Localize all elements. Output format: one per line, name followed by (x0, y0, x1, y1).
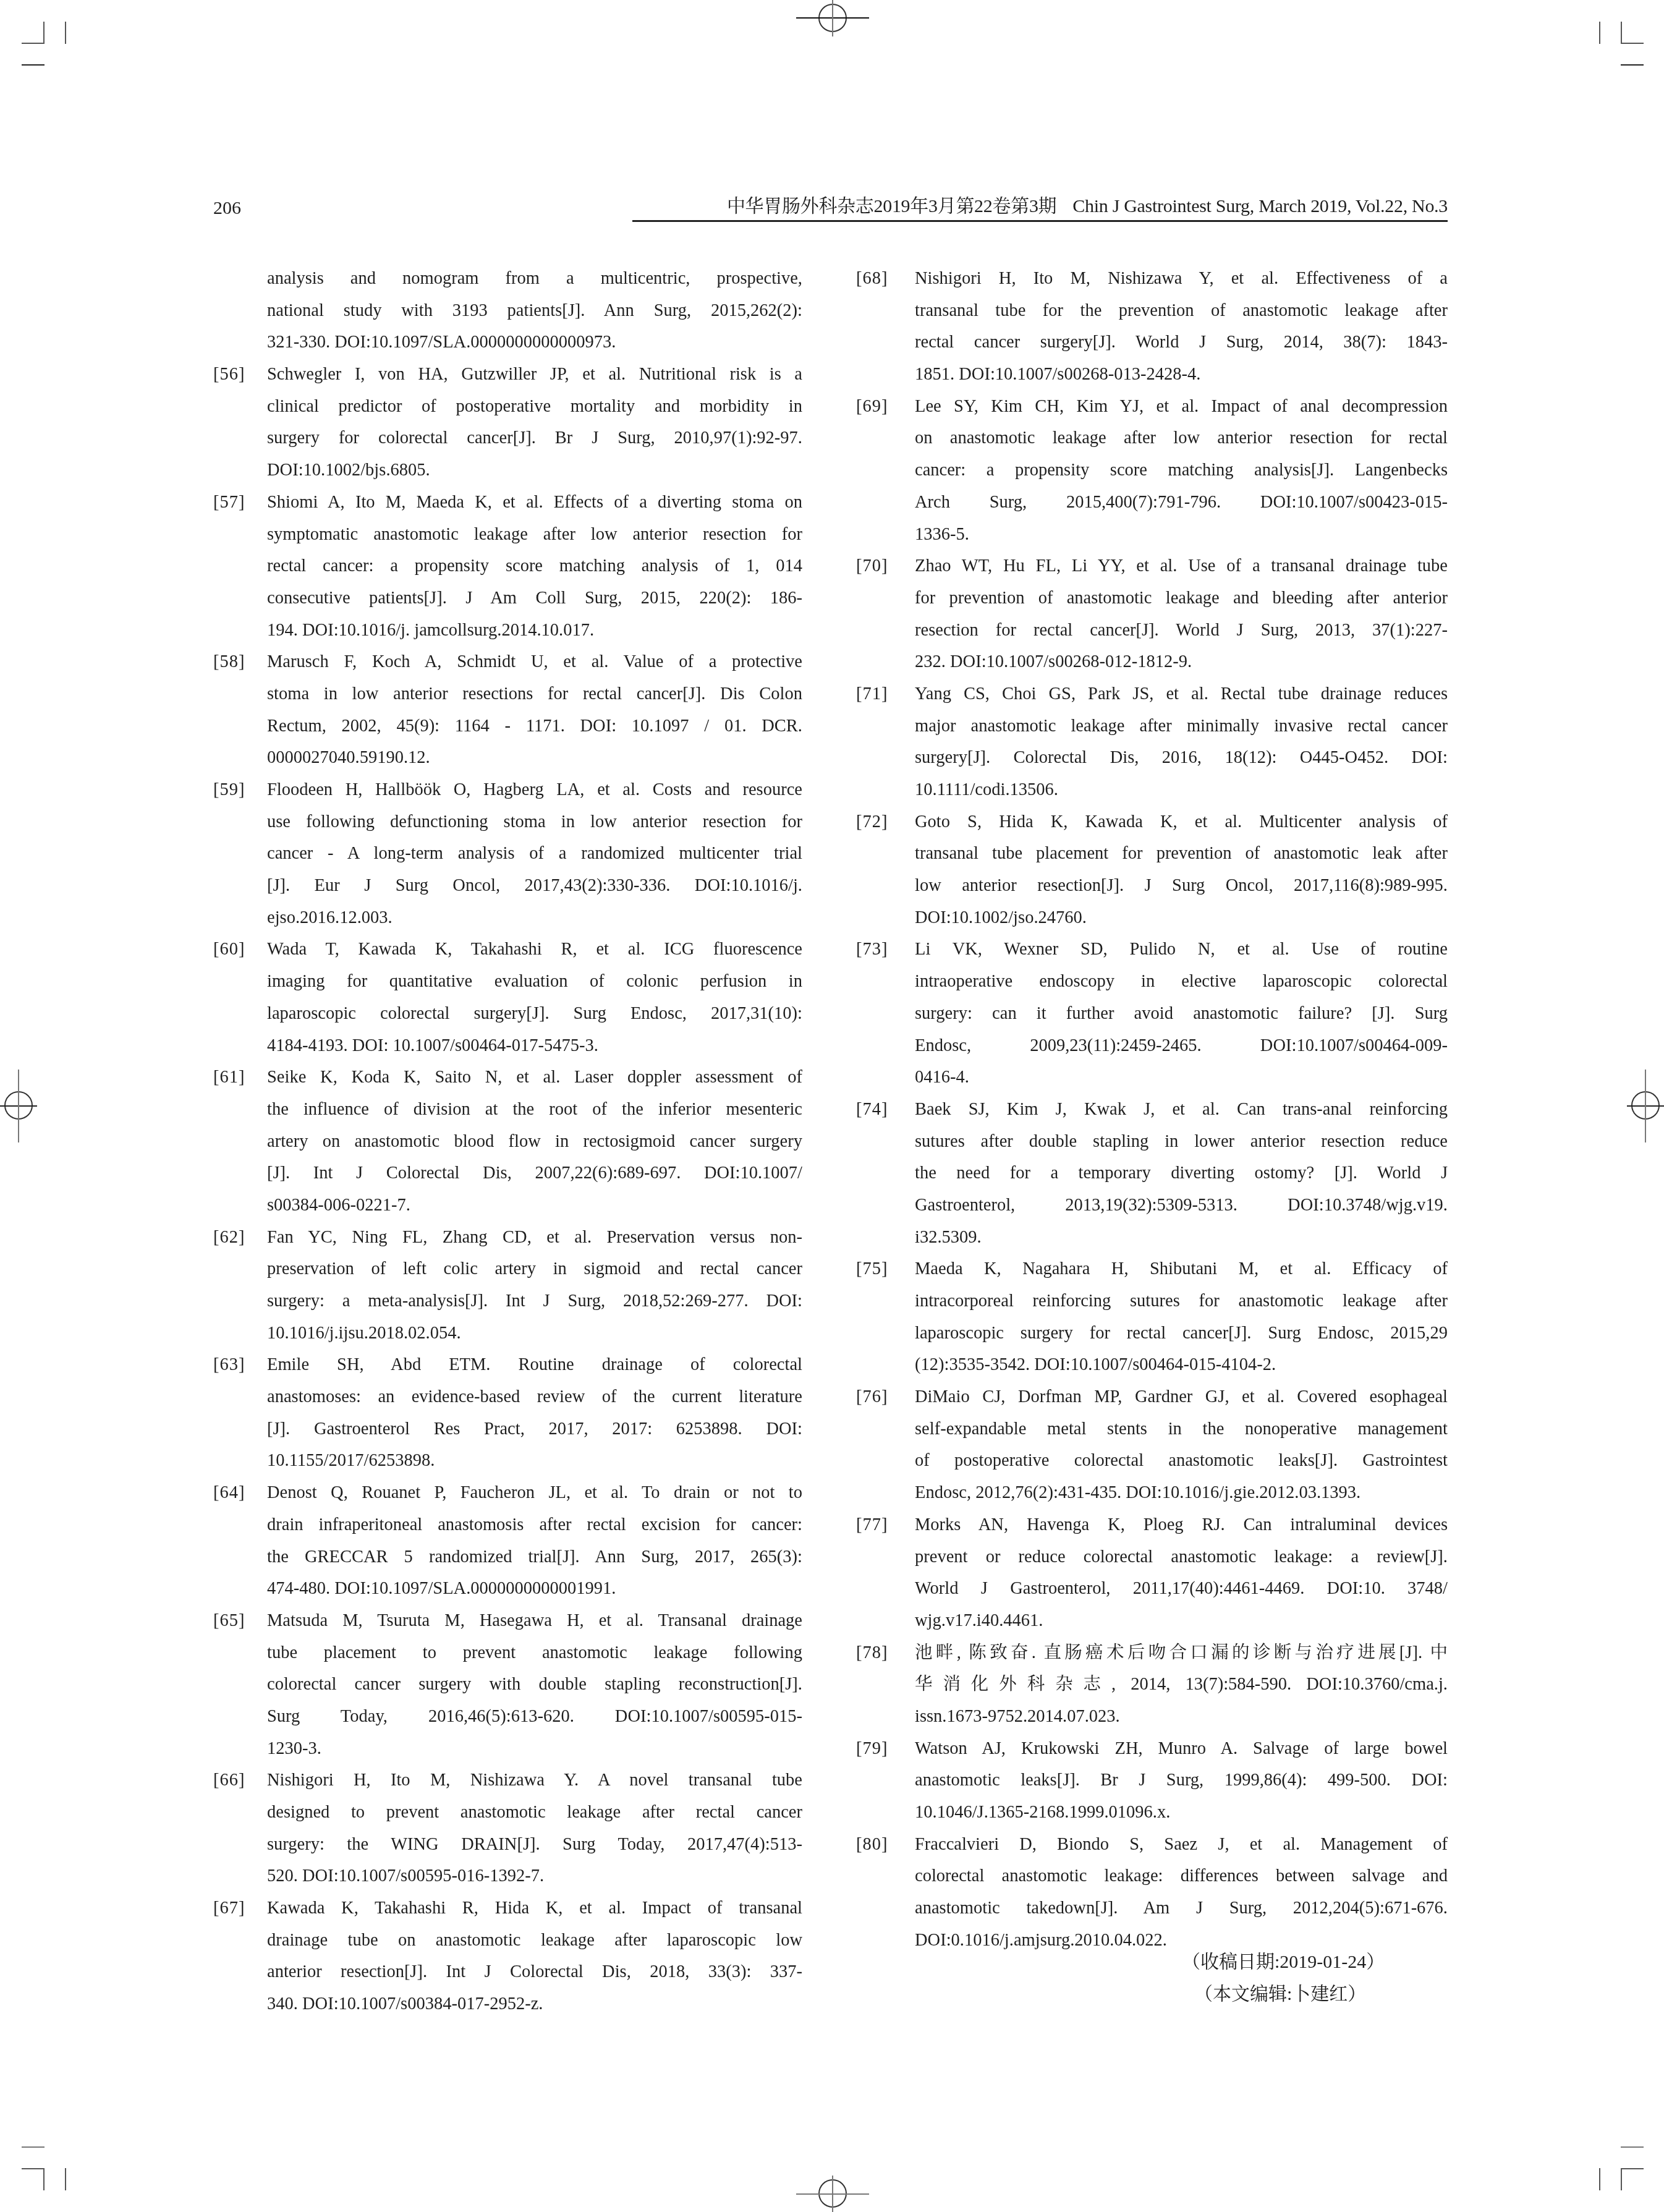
reference-line-text: Goto S, Hida K, Kawada K, et al. Multice… (915, 806, 1448, 838)
reference-line-text: preservation of left colic artery in sig… (267, 1253, 802, 1285)
reference-entry: [60]Wada T, Kawada K, Takahashi R, et al… (213, 934, 802, 1061)
reference-line-text: 194. DOI:10.1016/j. jamcollsurg.2014.10.… (267, 615, 802, 647)
reference-line: Gastroenterol, 2013,19(32):5309-5313. DO… (915, 1189, 1448, 1222)
reference-line-text: Floodeen H, Hallböök O, Hagberg LA, et a… (267, 774, 802, 806)
reference-line: cancer - A long-term analysis of a rando… (267, 838, 802, 870)
reference-entry: [70]Zhao WT, Hu FL, Li YY, et al. Use of… (856, 550, 1448, 678)
reference-line: 232. DOI:10.1007/s00268-012-1812-9. (915, 646, 1448, 678)
reference-line: Wada T, Kawada K, Takahashi R, et al. IC… (267, 934, 802, 966)
reference-line: stoma in low anterior resections for rec… (267, 678, 802, 710)
reference-entry: [62]Fan YC, Ning FL, Zhang CD, et al. Pr… (213, 1222, 802, 1350)
reference-line: wjg.v17.i40.4461. (915, 1605, 1448, 1637)
reference-line: DOI:10.1002/bjs.6805. (267, 454, 802, 487)
reference-line-text: intracorporeal reinforcing sutures for a… (915, 1285, 1448, 1317)
reference-line: Fan YC, Ning FL, Zhang CD, et al. Preser… (267, 1222, 802, 1254)
reference-entry: [68]Nishigori H, Ito M, Nishizawa Y, et … (856, 263, 1448, 391)
reference-line-text: drain infraperitoneal anastomosis after … (267, 1509, 802, 1541)
crop-mark-br (1621, 2146, 1644, 2148)
reference-line: surgery[J]. Colorectal Dis, 2016, 18(12)… (915, 742, 1448, 774)
reference-entry: [64]Denost Q, Rouanet P, Faucheron JL, e… (213, 1477, 802, 1605)
reference-line: surgery for colorectal cancer[J]. Br J S… (267, 422, 802, 454)
reference-line: Li VK, Wexner SD, Pulido N, et al. Use o… (915, 934, 1448, 966)
reference-line: 520. DOI:10.1007/s00595-016-1392-7. (267, 1860, 802, 1892)
reference-line-text: surgery: can it further avoid anastomoti… (915, 998, 1448, 1030)
reference-line-text: prevent or reduce colorectal anastomotic… (915, 1541, 1448, 1573)
reference-line: Floodeen H, Hallböök O, Hagberg LA, et a… (267, 774, 802, 806)
reference-line: 10.1155/2017/6253898. (267, 1445, 802, 1477)
reference-number: [56] (213, 359, 245, 391)
reference-line: 0000027040.59190.12. (267, 742, 802, 774)
reference-line-text: 232. DOI:10.1007/s00268-012-1812-9. (915, 646, 1448, 678)
reference-line: 10.1016/j.ijsu.2018.02.054. (267, 1317, 802, 1350)
reference-line-text: clinical predictor of postoperative mort… (267, 391, 802, 423)
reference-line-text: use following defunctioning stoma in low… (267, 806, 802, 838)
reference-line: 池畔, 陈致奋. 直肠癌术后吻合口漏的诊断与治疗进展[J]. 中 (915, 1637, 1448, 1669)
reference-line-text: Emile SH, Abd ETM. Routine drainage of c… (267, 1349, 802, 1381)
registration-mark-bottom (832, 2176, 833, 2212)
reference-line: 1851. DOI:10.1007/s00268-013-2428-4. (915, 359, 1448, 391)
reference-line: colorectal anastomotic leakage: differen… (915, 1860, 1448, 1892)
reference-line: Yang CS, Choi GS, Park JS, et al. Rectal… (915, 678, 1448, 710)
reference-number: [70] (856, 550, 888, 582)
reference-line: [J]. Int J Colorectal Dis, 2007,22(6):68… (267, 1157, 802, 1189)
reference-number: [79] (856, 1733, 888, 1765)
received-date: （收稿日期:2019-01-24） (1182, 1946, 1385, 1978)
reference-line-text: Watson AJ, Krukowski ZH, Munro A. Salvag… (915, 1733, 1448, 1765)
reference-line: rectal cancer surgery[J]. World J Surg, … (915, 326, 1448, 359)
reference-line-text: tube placement to prevent anastomotic le… (267, 1637, 802, 1669)
reference-entry: [59]Floodeen H, Hallböök O, Hagberg LA, … (213, 774, 802, 934)
registration-mark-top (832, 0, 833, 36)
reference-line-text: Surg Today, 2016,46(5):613-620. DOI:10.1… (267, 1701, 802, 1733)
reference-line: imaging for quantitative evaluation of c… (267, 966, 802, 998)
crop-mark-tl (43, 22, 45, 44)
reference-line: Goto S, Hida K, Kawada K, et al. Multice… (915, 806, 1448, 838)
reference-line-text: analysis and nomogram from a multicentri… (267, 263, 802, 295)
reference-line-text: of postoperative colorectal anastomotic … (915, 1445, 1448, 1477)
reference-line-text: 1336-5. (915, 519, 1448, 551)
crop-mark-bl (22, 2168, 45, 2169)
reference-line-text: 1230-3. (267, 1733, 802, 1765)
reference-entry: [57]Shiomi A, Ito M, Maeda K, et al. Eff… (213, 487, 802, 646)
reference-line: intraoperative endoscopy in elective lap… (915, 966, 1448, 998)
reference-line: preservation of left colic artery in sig… (267, 1253, 802, 1285)
reference-line-text: the need for a temporary diverting ostom… (915, 1157, 1448, 1189)
reference-entry: [75]Maeda K, Nagahara H, Shibutani M, et… (856, 1253, 1448, 1381)
reference-line-text: anastomotic leaks[J]. Br J Surg, 1999,86… (915, 1764, 1448, 1797)
reference-line: issn.1673-9752.2014.07.023. (915, 1701, 1448, 1733)
reference-line-text: consecutive patients[J]. J Am Coll Surg,… (267, 582, 802, 615)
reference-line-text: laparoscopic colorectal surgery[J]. Surg… (267, 998, 802, 1030)
reference-number: [57] (213, 487, 245, 519)
page-number: 206 (213, 198, 241, 219)
reference-line: Arch Surg, 2015,400(7):791-796. DOI:10.1… (915, 487, 1448, 519)
reference-number: [80] (856, 1829, 888, 1861)
reference-line: use following defunctioning stoma in low… (267, 806, 802, 838)
reference-line: 321-330. DOI:10.1097/SLA.000000000000097… (267, 326, 802, 359)
reference-line: prevent or reduce colorectal anastomotic… (915, 1541, 1448, 1573)
reference-line-text: DOI:10.1002/jso.24760. (915, 902, 1448, 934)
reference-line: Kawada K, Takahashi R, Hida K, et al. Im… (267, 1892, 802, 1925)
reference-line: surgery: the WING DRAIN[J]. Surg Today, … (267, 1829, 802, 1861)
crop-mark-tl (22, 64, 45, 66)
reference-line-text: issn.1673-9752.2014.07.023. (915, 1701, 1448, 1733)
crop-mark-br (1621, 2168, 1644, 2169)
reference-line-text: colorectal cancer surgery with double st… (267, 1669, 802, 1701)
reference-line-text: Endosc, 2012,76(2):431-435. DOI:10.1016/… (915, 1477, 1448, 1509)
reference-line: Rectum, 2002, 45(9): 1164 - 1171. DOI: 1… (267, 710, 802, 742)
reference-line-text: (12):3535-3542. DOI:10.1007/s00464-015-4… (915, 1349, 1448, 1381)
reference-line: Surg Today, 2016,46(5):613-620. DOI:10.1… (267, 1701, 802, 1733)
reference-number: [78] (856, 1637, 888, 1669)
reference-line-text: symptomatic anastomotic leakage after lo… (267, 519, 802, 551)
reference-line-text: surgery: a meta-analysis[J]. Int J Surg,… (267, 1285, 802, 1317)
reference-line-text: national study with 3193 patients[J]. An… (267, 295, 802, 327)
reference-line: Morks AN, Havenga K, Ploeg RJ. Can intra… (915, 1509, 1448, 1541)
reference-number: [67] (213, 1892, 245, 1925)
reference-line-text: Yang CS, Choi GS, Park JS, et al. Rectal… (915, 678, 1448, 710)
reference-line-text: Baek SJ, Kim J, Kwak J, et al. Can trans… (915, 1094, 1448, 1126)
reference-line: consecutive patients[J]. J Am Coll Surg,… (267, 582, 802, 615)
reference-number: [63] (213, 1349, 245, 1381)
reference-line: Nishigori H, Ito M, Nishizawa Y, et al. … (915, 263, 1448, 295)
reference-entry: [71]Yang CS, Choi GS, Park JS, et al. Re… (856, 678, 1448, 806)
reference-line-text: anastomoses: an evidence-based review of… (267, 1381, 802, 1413)
reference-line-text: wjg.v17.i40.4461. (915, 1605, 1448, 1637)
reference-line: surgery: can it further avoid anastomoti… (915, 998, 1448, 1030)
references-right-column: [68]Nishigori H, Ito M, Nishizawa Y, et … (856, 263, 1448, 1956)
reference-line: Denost Q, Rouanet P, Faucheron JL, et al… (267, 1477, 802, 1509)
reference-number: [62] (213, 1222, 245, 1254)
crop-mark-tr (1621, 43, 1644, 44)
crop-mark-tr (1621, 64, 1644, 66)
reference-line-text: 华消化外科杂志, 2014, 13(7):584-590. DOI:10.376… (915, 1669, 1448, 1701)
reference-line: 华消化外科杂志, 2014, 13(7):584-590. DOI:10.376… (915, 1669, 1448, 1701)
reference-line-text: 4184-4193. DOI: 10.1007/s00464-017-5475-… (267, 1030, 802, 1062)
reference-number: [74] (856, 1094, 888, 1126)
reference-line-text: Wada T, Kawada K, Takahashi R, et al. IC… (267, 934, 802, 966)
reference-line-text: anastomotic takedown[J]. Am J Surg, 2012… (915, 1892, 1448, 1925)
reference-line: s00384-006-0221-7. (267, 1189, 802, 1222)
reference-line: Fraccalvieri D, Biondo S, Saez J, et al.… (915, 1829, 1448, 1861)
reference-line: 194. DOI:10.1016/j. jamcollsurg.2014.10.… (267, 615, 802, 647)
reference-line-text: anterior resection[J]. Int J Colorectal … (267, 1956, 802, 1988)
reference-line: i32.5309. (915, 1222, 1448, 1254)
reference-line-text: stoma in low anterior resections for rec… (267, 678, 802, 710)
reference-line: the influence of division at the root of… (267, 1094, 802, 1126)
reference-line-text: surgery[J]. Colorectal Dis, 2016, 18(12)… (915, 742, 1448, 774)
reference-line: self-expandable metal stents in the nono… (915, 1413, 1448, 1445)
header-rule (632, 220, 1448, 222)
reference-line-text: [J]. Gastroenterol Res Pract, 2017, 2017… (267, 1413, 802, 1445)
reference-line-text: Li VK, Wexner SD, Pulido N, et al. Use o… (915, 934, 1448, 966)
reference-line: resection for rectal cancer[J]. World J … (915, 615, 1448, 647)
reference-line: Seike K, Koda K, Saito N, et al. Laser d… (267, 1061, 802, 1094)
reference-line-text: cancer: a propensity score matching anal… (915, 454, 1448, 487)
reference-number: [64] (213, 1477, 245, 1509)
reference-line-text: Schwegler I, von HA, Gutzwiller JP, et a… (267, 359, 802, 391)
reference-number: [73] (856, 934, 888, 966)
reference-line-text: major anastomotic leakage after minimall… (915, 710, 1448, 742)
reference-line: 1336-5. (915, 519, 1448, 551)
reference-line-text: laparoscopic surgery for rectal cancer[J… (915, 1317, 1448, 1350)
reference-line: anastomotic takedown[J]. Am J Surg, 2012… (915, 1892, 1448, 1925)
reference-line-text: Marusch F, Koch A, Schmidt U, et al. Val… (267, 646, 802, 678)
reference-line-text: surgery: the WING DRAIN[J]. Surg Today, … (267, 1829, 802, 1861)
reference-entry: [63]Emile SH, Abd ETM. Routine drainage … (213, 1349, 802, 1477)
reference-line-text: 0000027040.59190.12. (267, 742, 802, 774)
reference-line: laparoscopic colorectal surgery[J]. Surg… (267, 998, 802, 1030)
reference-line-text: transanal tube placement for prevention … (915, 838, 1448, 870)
reference-line-text: 340. DOI:10.1007/s00384-017-2952-z. (267, 1988, 802, 2020)
reference-line-text: resection for rectal cancer[J]. World J … (915, 615, 1448, 647)
reference-line-text: ejso.2016.12.003. (267, 902, 802, 934)
reference-line-text: the influence of division at the root of… (267, 1094, 802, 1126)
registration-mark-right (1645, 1070, 1646, 1142)
reference-line-text: [J]. Eur J Surg Oncol, 2017,43(2):330-33… (267, 870, 802, 902)
reference-line: 10.1111/codi.13506. (915, 774, 1448, 806)
reference-line: rectal cancer: a propensity score matchi… (267, 550, 802, 582)
reference-line: Shiomi A, Ito M, Maeda K, et al. Effects… (267, 487, 802, 519)
reference-line: surgery: a meta-analysis[J]. Int J Surg,… (267, 1285, 802, 1317)
reference-line-text: self-expandable metal stents in the nono… (915, 1413, 1448, 1445)
reference-line: the need for a temporary diverting ostom… (915, 1157, 1448, 1189)
reference-line-text: imaging for quantitative evaluation of c… (267, 966, 802, 998)
reference-line-text: the GRECCAR 5 randomized trial[J]. Ann S… (267, 1541, 802, 1573)
crop-mark-tl (22, 43, 45, 44)
reference-line: clinical predictor of postoperative mort… (267, 391, 802, 423)
editor-note: （本文编辑:卜建红） (1194, 1978, 1366, 2010)
reference-line-text: 10.1016/j.ijsu.2018.02.054. (267, 1317, 802, 1350)
reference-line-text: 10.1046/J.1365-2168.1999.01096.x. (915, 1797, 1448, 1829)
reference-line: anastomoses: an evidence-based review of… (267, 1381, 802, 1413)
crop-mark-bl (65, 2168, 66, 2190)
reference-line: symptomatic anastomotic leakage after lo… (267, 519, 802, 551)
reference-number: [76] (856, 1381, 888, 1413)
reference-entry: [72]Goto S, Hida K, Kawada K, et al. Mul… (856, 806, 1448, 934)
reference-line: 474-480. DOI:10.1097/SLA.000000000000199… (267, 1573, 802, 1605)
reference-line: Maeda K, Nagahara H, Shibutani M, et al.… (915, 1253, 1448, 1285)
reference-line: 4184-4193. DOI: 10.1007/s00464-017-5475-… (267, 1030, 802, 1062)
reference-line: ejso.2016.12.003. (267, 902, 802, 934)
reference-line-text: Fan YC, Ning FL, Zhang CD, et al. Preser… (267, 1222, 802, 1254)
reference-line: laparoscopic surgery for rectal cancer[J… (915, 1317, 1448, 1350)
reference-line: major anastomotic leakage after minimall… (915, 710, 1448, 742)
reference-line-text: Arch Surg, 2015,400(7):791-796. DOI:10.1… (915, 487, 1448, 519)
reference-line: Emile SH, Abd ETM. Routine drainage of c… (267, 1349, 802, 1381)
reference-number: [72] (856, 806, 888, 838)
crop-mark-bl (43, 2168, 45, 2190)
reference-line-text: Fraccalvieri D, Biondo S, Saez J, et al.… (915, 1829, 1448, 1861)
reference-line: DiMaio CJ, Dorfman MP, Gardner GJ, et al… (915, 1381, 1448, 1413)
reference-line-text: 10.1111/codi.13506. (915, 774, 1448, 806)
crop-mark-br (1599, 2168, 1600, 2190)
reference-entry: [67]Kawada K, Takahashi R, Hida K, et al… (213, 1892, 802, 2020)
reference-line: sutures after double stapling in lower a… (915, 1126, 1448, 1158)
reference-line: Schwegler I, von HA, Gutzwiller JP, et a… (267, 359, 802, 391)
reference-line: the GRECCAR 5 randomized trial[J]. Ann S… (267, 1541, 802, 1573)
reference-line-text: transanal tube for the prevention of ana… (915, 295, 1448, 327)
reference-line-text: Nishigori H, Ito M, Nishizawa Y. A novel… (267, 1764, 802, 1797)
reference-line-text: Kawada K, Takahashi R, Hida K, et al. Im… (267, 1892, 802, 1925)
reference-line-text: Matsuda M, Tsuruta M, Hasegawa H, et al.… (267, 1605, 802, 1637)
reference-line-text: surgery for colorectal cancer[J]. Br J S… (267, 422, 802, 454)
reference-line: on anastomotic leakage after low anterio… (915, 422, 1448, 454)
reference-line: Matsuda M, Tsuruta M, Hasegawa H, et al.… (267, 1605, 802, 1637)
reference-line: Endosc, 2012,76(2):431-435. DOI:10.1016/… (915, 1477, 1448, 1509)
reference-entry: [78]池畔, 陈致奋. 直肠癌术后吻合口漏的诊断与治疗进展[J]. 中华消化外… (856, 1637, 1448, 1733)
reference-line: national study with 3193 patients[J]. An… (267, 295, 802, 327)
reference-line: drain infraperitoneal anastomosis after … (267, 1509, 802, 1541)
reference-number: [65] (213, 1605, 245, 1637)
reference-entry: [74]Baek SJ, Kim J, Kwak J, et al. Can t… (856, 1094, 1448, 1253)
reference-number: [69] (856, 391, 888, 423)
reference-line-text: i32.5309. (915, 1222, 1448, 1254)
reference-entry: [56]Schwegler I, von HA, Gutzwiller JP, … (213, 359, 802, 487)
reference-line: transanal tube placement for prevention … (915, 838, 1448, 870)
reference-line-text: Nishigori H, Ito M, Nishizawa Y, et al. … (915, 263, 1448, 295)
reference-line: World J Gastroenterol, 2011,17(40):4461-… (915, 1573, 1448, 1605)
reference-line: analysis and nomogram from a multicentri… (267, 263, 802, 295)
reference-line-text: Morks AN, Havenga K, Ploeg RJ. Can intra… (915, 1509, 1448, 1541)
reference-line: Zhao WT, Hu FL, Li YY, et al. Use of a t… (915, 550, 1448, 582)
reference-line: designed to prevent anastomotic leakage … (267, 1797, 802, 1829)
reference-line-text: 520. DOI:10.1007/s00595-016-1392-7. (267, 1860, 802, 1892)
reference-line-text: colorectal anastomotic leakage: differen… (915, 1860, 1448, 1892)
reference-line-text: 10.1155/2017/6253898. (267, 1445, 802, 1477)
reference-line-text: designed to prevent anastomotic leakage … (267, 1797, 802, 1829)
reference-line: Nishigori H, Ito M, Nishizawa Y. A novel… (267, 1764, 802, 1797)
reference-line-text: Seike K, Koda K, Saito N, et al. Laser d… (267, 1061, 802, 1094)
reference-line: tube placement to prevent anastomotic le… (267, 1637, 802, 1669)
reference-line-text: on anastomotic leakage after low anterio… (915, 422, 1448, 454)
reference-line-text: intraoperative endoscopy in elective lap… (915, 966, 1448, 998)
references-left-column: analysis and nomogram from a multicentri… (213, 263, 802, 2020)
reference-line: Watson AJ, Krukowski ZH, Munro A. Salvag… (915, 1733, 1448, 1765)
reference-line-text: 321-330. DOI:10.1097/SLA.000000000000097… (267, 326, 802, 359)
reference-line-text: Rectum, 2002, 45(9): 1164 - 1171. DOI: 1… (267, 710, 802, 742)
reference-line: Endosc, 2009,23(11):2459-2465. DOI:10.10… (915, 1030, 1448, 1062)
reference-line-text: 池畔, 陈致奋. 直肠癌术后吻合口漏的诊断与治疗进展[J]. 中 (915, 1637, 1448, 1669)
reference-line: Marusch F, Koch A, Schmidt U, et al. Val… (267, 646, 802, 678)
reference-line-text: rectal cancer surgery[J]. World J Surg, … (915, 326, 1448, 359)
reference-line: artery on anastomotic blood flow in rect… (267, 1126, 802, 1158)
reference-entry: [58]Marusch F, Koch A, Schmidt U, et al.… (213, 646, 802, 774)
reference-line-text: World J Gastroenterol, 2011,17(40):4461-… (915, 1573, 1448, 1605)
reference-line: [J]. Gastroenterol Res Pract, 2017, 2017… (267, 1413, 802, 1445)
reference-line: low anterior resection[J]. J Surg Oncol,… (915, 870, 1448, 902)
reference-line-text: 1851. DOI:10.1007/s00268-013-2428-4. (915, 359, 1448, 391)
reference-entry: [66]Nishigori H, Ito M, Nishizawa Y. A n… (213, 1764, 802, 1892)
reference-number: [60] (213, 934, 245, 966)
reference-line: Baek SJ, Kim J, Kwak J, et al. Can trans… (915, 1094, 1448, 1126)
reference-line: drainage tube on anastomotic leakage aft… (267, 1925, 802, 1957)
reference-line-text: cancer - A long-term analysis of a rando… (267, 838, 802, 870)
reference-line: of postoperative colorectal anastomotic … (915, 1445, 1448, 1477)
reference-line-text: [J]. Int J Colorectal Dis, 2007,22(6):68… (267, 1157, 802, 1189)
reference-entry: analysis and nomogram from a multicentri… (213, 263, 802, 359)
crop-mark-tr (1599, 22, 1600, 44)
reference-line-text: rectal cancer: a propensity score matchi… (267, 550, 802, 582)
reference-line: anterior resection[J]. Int J Colorectal … (267, 1956, 802, 1988)
reference-number: [59] (213, 774, 245, 806)
reference-entry: [80]Fraccalvieri D, Biondo S, Saez J, et… (856, 1829, 1448, 1957)
reference-line: [J]. Eur J Surg Oncol, 2017,43(2):330-33… (267, 870, 802, 902)
reference-entry: [73]Li VK, Wexner SD, Pulido N, et al. U… (856, 934, 1448, 1093)
reference-line-text: Zhao WT, Hu FL, Li YY, et al. Use of a t… (915, 550, 1448, 582)
reference-line-text: low anterior resection[J]. J Surg Oncol,… (915, 870, 1448, 902)
reference-line-text: Maeda K, Nagahara H, Shibutani M, et al.… (915, 1253, 1448, 1285)
reference-line-text: artery on anastomotic blood flow in rect… (267, 1126, 802, 1158)
reference-line-text: Gastroenterol, 2013,19(32):5309-5313. DO… (915, 1189, 1448, 1222)
reference-line-text: Denost Q, Rouanet P, Faucheron JL, et al… (267, 1477, 802, 1509)
reference-line: (12):3535-3542. DOI:10.1007/s00464-015-4… (915, 1349, 1448, 1381)
reference-line-text: drainage tube on anastomotic leakage aft… (267, 1925, 802, 1957)
reference-line: 0416-4. (915, 1061, 1448, 1094)
reference-line: colorectal cancer surgery with double st… (267, 1669, 802, 1701)
reference-line-text: for prevention of anastomotic leakage an… (915, 582, 1448, 615)
reference-entry: [79]Watson AJ, Krukowski ZH, Munro A. Sa… (856, 1733, 1448, 1829)
reference-line-text: Shiomi A, Ito M, Maeda K, et al. Effects… (267, 487, 802, 519)
crop-mark-tr (1621, 22, 1622, 44)
reference-number: [71] (856, 678, 888, 710)
running-header: 中华胃肠外科杂志2019年3月第22卷第3期Chin J Gastrointes… (629, 195, 1448, 218)
reference-entry: [77]Morks AN, Havenga K, Ploeg RJ. Can i… (856, 1509, 1448, 1637)
reference-line: intracorporeal reinforcing sutures for a… (915, 1285, 1448, 1317)
reference-line: Lee SY, Kim CH, Kim YJ, et al. Impact of… (915, 391, 1448, 423)
registration-mark-left (18, 1070, 19, 1142)
reference-number: [66] (213, 1764, 245, 1797)
journal-title-cn: 中华胃肠外科杂志2019年3月第22卷第3期 (727, 196, 1056, 216)
reference-line-text: Lee SY, Kim CH, Kim YJ, et al. Impact of… (915, 391, 1448, 423)
reference-line-text: s00384-006-0221-7. (267, 1189, 802, 1222)
reference-line: 10.1046/J.1365-2168.1999.01096.x. (915, 1797, 1448, 1829)
reference-entry: [76]DiMaio CJ, Dorfman MP, Gardner GJ, e… (856, 1381, 1448, 1509)
reference-line: for prevention of anastomotic leakage an… (915, 582, 1448, 615)
reference-line-text: DOI:10.1002/bjs.6805. (267, 454, 802, 487)
reference-number: [68] (856, 263, 888, 295)
reference-number: [58] (213, 646, 245, 678)
reference-entry: [65]Matsuda M, Tsuruta M, Hasegawa H, et… (213, 1605, 802, 1764)
crop-mark-bl (22, 2146, 45, 2148)
reference-line: cancer: a propensity score matching anal… (915, 454, 1448, 487)
reference-line: DOI:10.1002/jso.24760. (915, 902, 1448, 934)
reference-line-text: sutures after double stapling in lower a… (915, 1126, 1448, 1158)
reference-line-text: 474-480. DOI:10.1097/SLA.000000000000199… (267, 1573, 802, 1605)
crop-mark-tl (65, 22, 66, 44)
journal-title-en: Chin J Gastrointest Surg, March 2019, Vo… (1072, 196, 1448, 216)
reference-line: transanal tube for the prevention of ana… (915, 295, 1448, 327)
reference-entry: [61]Seike K, Koda K, Saito N, et al. Las… (213, 1061, 802, 1221)
reference-number: [77] (856, 1509, 888, 1541)
reference-line: anastomotic leaks[J]. Br J Surg, 1999,86… (915, 1764, 1448, 1797)
reference-line-text: 0416-4. (915, 1061, 1448, 1094)
reference-line: 1230-3. (267, 1733, 802, 1765)
crop-mark-br (1621, 2168, 1622, 2190)
reference-line-text: DiMaio CJ, Dorfman MP, Gardner GJ, et al… (915, 1381, 1448, 1413)
reference-number: [61] (213, 1061, 245, 1094)
reference-number: [75] (856, 1253, 888, 1285)
reference-line-text: Endosc, 2009,23(11):2459-2465. DOI:10.10… (915, 1030, 1448, 1062)
reference-entry: [69]Lee SY, Kim CH, Kim YJ, et al. Impac… (856, 391, 1448, 550)
reference-line: 340. DOI:10.1007/s00384-017-2952-z. (267, 1988, 802, 2020)
